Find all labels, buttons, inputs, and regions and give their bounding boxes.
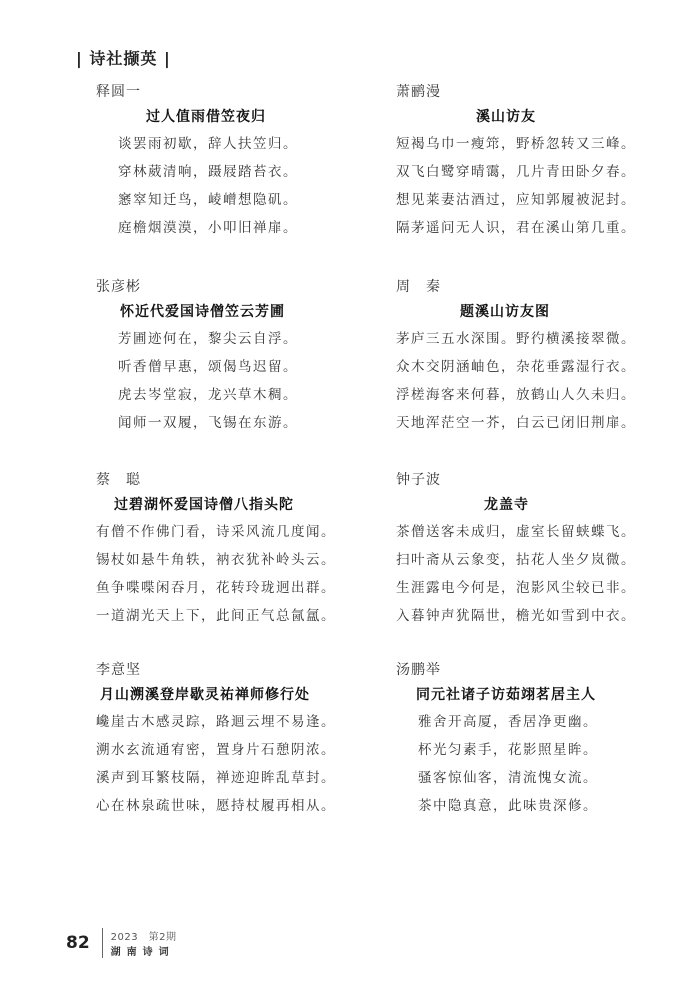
poem-block: 李意坚 月山溯溪登岸歇灵祐禅师修行处 巉崖古木感灵踪，路迴云埋不易逢。 溯水玄流… [96,658,386,820]
poem-block: 汤鹏举 同元社诸子访茹翊茗居主人 雅舍开高厦，香居净更幽。 杯光匀素手，花影照星… [396,658,686,820]
poem-line: 众木交阴涵岫色，杂花垂露湿行衣。 [396,353,686,381]
poem-line: 浮槎海客来何暮，放鹤山人久未归。 [396,381,686,409]
poem-line: 茶僧送客未成归，虚室长留蛱蝶飞。 [396,518,686,546]
section-header: | 诗社撷英 | [76,46,171,69]
poem-line: 谈罢雨初歇，辞人扶笠归。 [118,130,386,158]
poem-line: 锡杖如悬牛角轶，衲衣犹补岭头云。 [96,546,386,574]
poem-title: 月山溯溪登岸歇灵祐禅师修行处 [96,682,386,708]
poem-line: 听香僧早惠，颂偈鸟迟留。 [118,353,386,381]
poem-author: 周 秦 [396,275,686,299]
poem-title: 同元社诸子访茹翊茗居主人 [396,682,686,708]
poem-line: 茅庐三五水深围。野彴横溪接翠微。 [396,325,686,353]
poem-block: 钟子波 龙盖寺 茶僧送客未成归，虚室长留蛱蝶飞。 扫叶斋从云象变，拈花人坐夕岚微… [396,468,686,630]
poem-line: 天地浑茫空一芥，白云已闭旧荆扉。 [396,409,686,437]
poem-line: 短褐乌巾一瘦筇，野桥忽转又三峰。 [396,130,686,158]
poem-line: 穿林葳清响，蹑屐踏苔衣。 [118,158,386,186]
poem-line: 想见莱妻沽酒过，应知郭履被泥封。 [396,186,686,214]
poem-author: 李意坚 [96,658,386,682]
poem-line: 骚客惊仙客，清流愧女流。 [418,764,686,792]
issue-label: 2023 第2期 [111,928,177,943]
poem-author: 萧鹂漫 [396,80,686,104]
poem-line: 一道湖光天上下，此间正气总氤氲。 [96,602,386,630]
poem-line: 有僧不作佛门看，诗采风流几度闻。 [96,518,386,546]
poem-line: 心在林泉疏世味，愿持杖履再相从。 [96,792,386,820]
poem-line: 入暮钟声犹隔世，檐光如雪到中衣。 [396,602,686,630]
poem-line: 杯光匀素手，花影照星眸。 [418,736,686,764]
poem-block: 蔡 聪 过碧湖怀爱国诗僧八指头陀 有僧不作佛门看，诗采风流几度闻。 锡杖如悬牛角… [96,468,386,630]
poem-line: 生涯露电今何是，泡影风尘较已非。 [396,574,686,602]
poem-line: 隔茅遥问无人识，君在溪山第几重。 [396,214,686,242]
footer-info: 2023 第2期 湖南诗词 [111,928,177,958]
poem-line: 窸窣知迁鸟，崚嶒想隐矶。 [118,186,386,214]
poem-line: 雅舍开高厦，香居净更幽。 [418,708,686,736]
poem-line: 鱼争喋喋闲吞月，花转玲珑迥出群。 [96,574,386,602]
poem-line: 庭檐烟漠漠，小叩旧禅扉。 [118,214,386,242]
poem-line: 闻师一双履，飞锡在东游。 [118,409,386,437]
poem-line: 芳圃迹何在，黎尖云自浮。 [118,325,386,353]
poem-title: 龙盖寺 [396,492,686,518]
poem-block: 张彦彬 怀近代爱国诗僧笠云芳圃 芳圃迹何在，黎尖云自浮。 听香僧早惠，颂偈鸟迟留… [96,275,386,437]
poem-line: 溪声到耳繁枝隔，禅迹迎眸乱草封。 [96,764,386,792]
poem-block: 萧鹂漫 溪山访友 短褐乌巾一瘦筇，野桥忽转又三峰。 双飞白鹭穿晴霭，几片青田卧夕… [396,80,686,242]
poem-line: 虎去岑堂寂，龙兴草木稠。 [118,381,386,409]
poem-title: 过碧湖怀爱国诗僧八指头陀 [96,492,386,518]
poem-author: 释圆一 [96,80,386,104]
poem-title: 过人值雨借笠夜归 [96,104,386,130]
poem-title: 溪山访友 [396,104,686,130]
poem-line: 双飞白鹭穿晴霭，几片青田卧夕春。 [396,158,686,186]
poem-line: 茶中隐真意，此味贵深修。 [418,792,686,820]
poem-line: 溯水玄流通宥密，置身片石憩阴浓。 [96,736,386,764]
poem-author: 蔡 聪 [96,468,386,492]
poem-block: 释圆一 过人值雨借笠夜归 谈罢雨初歇，辞人扶笠归。 穿林葳清响，蹑屐踏苔衣。 窸… [96,80,386,242]
page-number: 82 [66,933,90,953]
poem-title: 题溪山访友图 [396,299,686,325]
poem-author: 汤鹏举 [396,658,686,682]
poem-line: 扫叶斋从云象变，拈花人坐夕岚微。 [396,546,686,574]
footer-divider [102,928,103,958]
page-footer: 82 2023 第2期 湖南诗词 [66,928,176,958]
journal-name: 湖南诗词 [111,943,177,958]
poem-line: 巉崖古木感灵踪，路迴云埋不易逢。 [96,708,386,736]
poem-title: 怀近代爱国诗僧笠云芳圃 [96,299,386,325]
poem-block: 周 秦 题溪山访友图 茅庐三五水深围。野彴横溪接翠微。 众木交阴涵岫色，杂花垂露… [396,275,686,437]
poem-author: 钟子波 [396,468,686,492]
poem-author: 张彦彬 [96,275,386,299]
